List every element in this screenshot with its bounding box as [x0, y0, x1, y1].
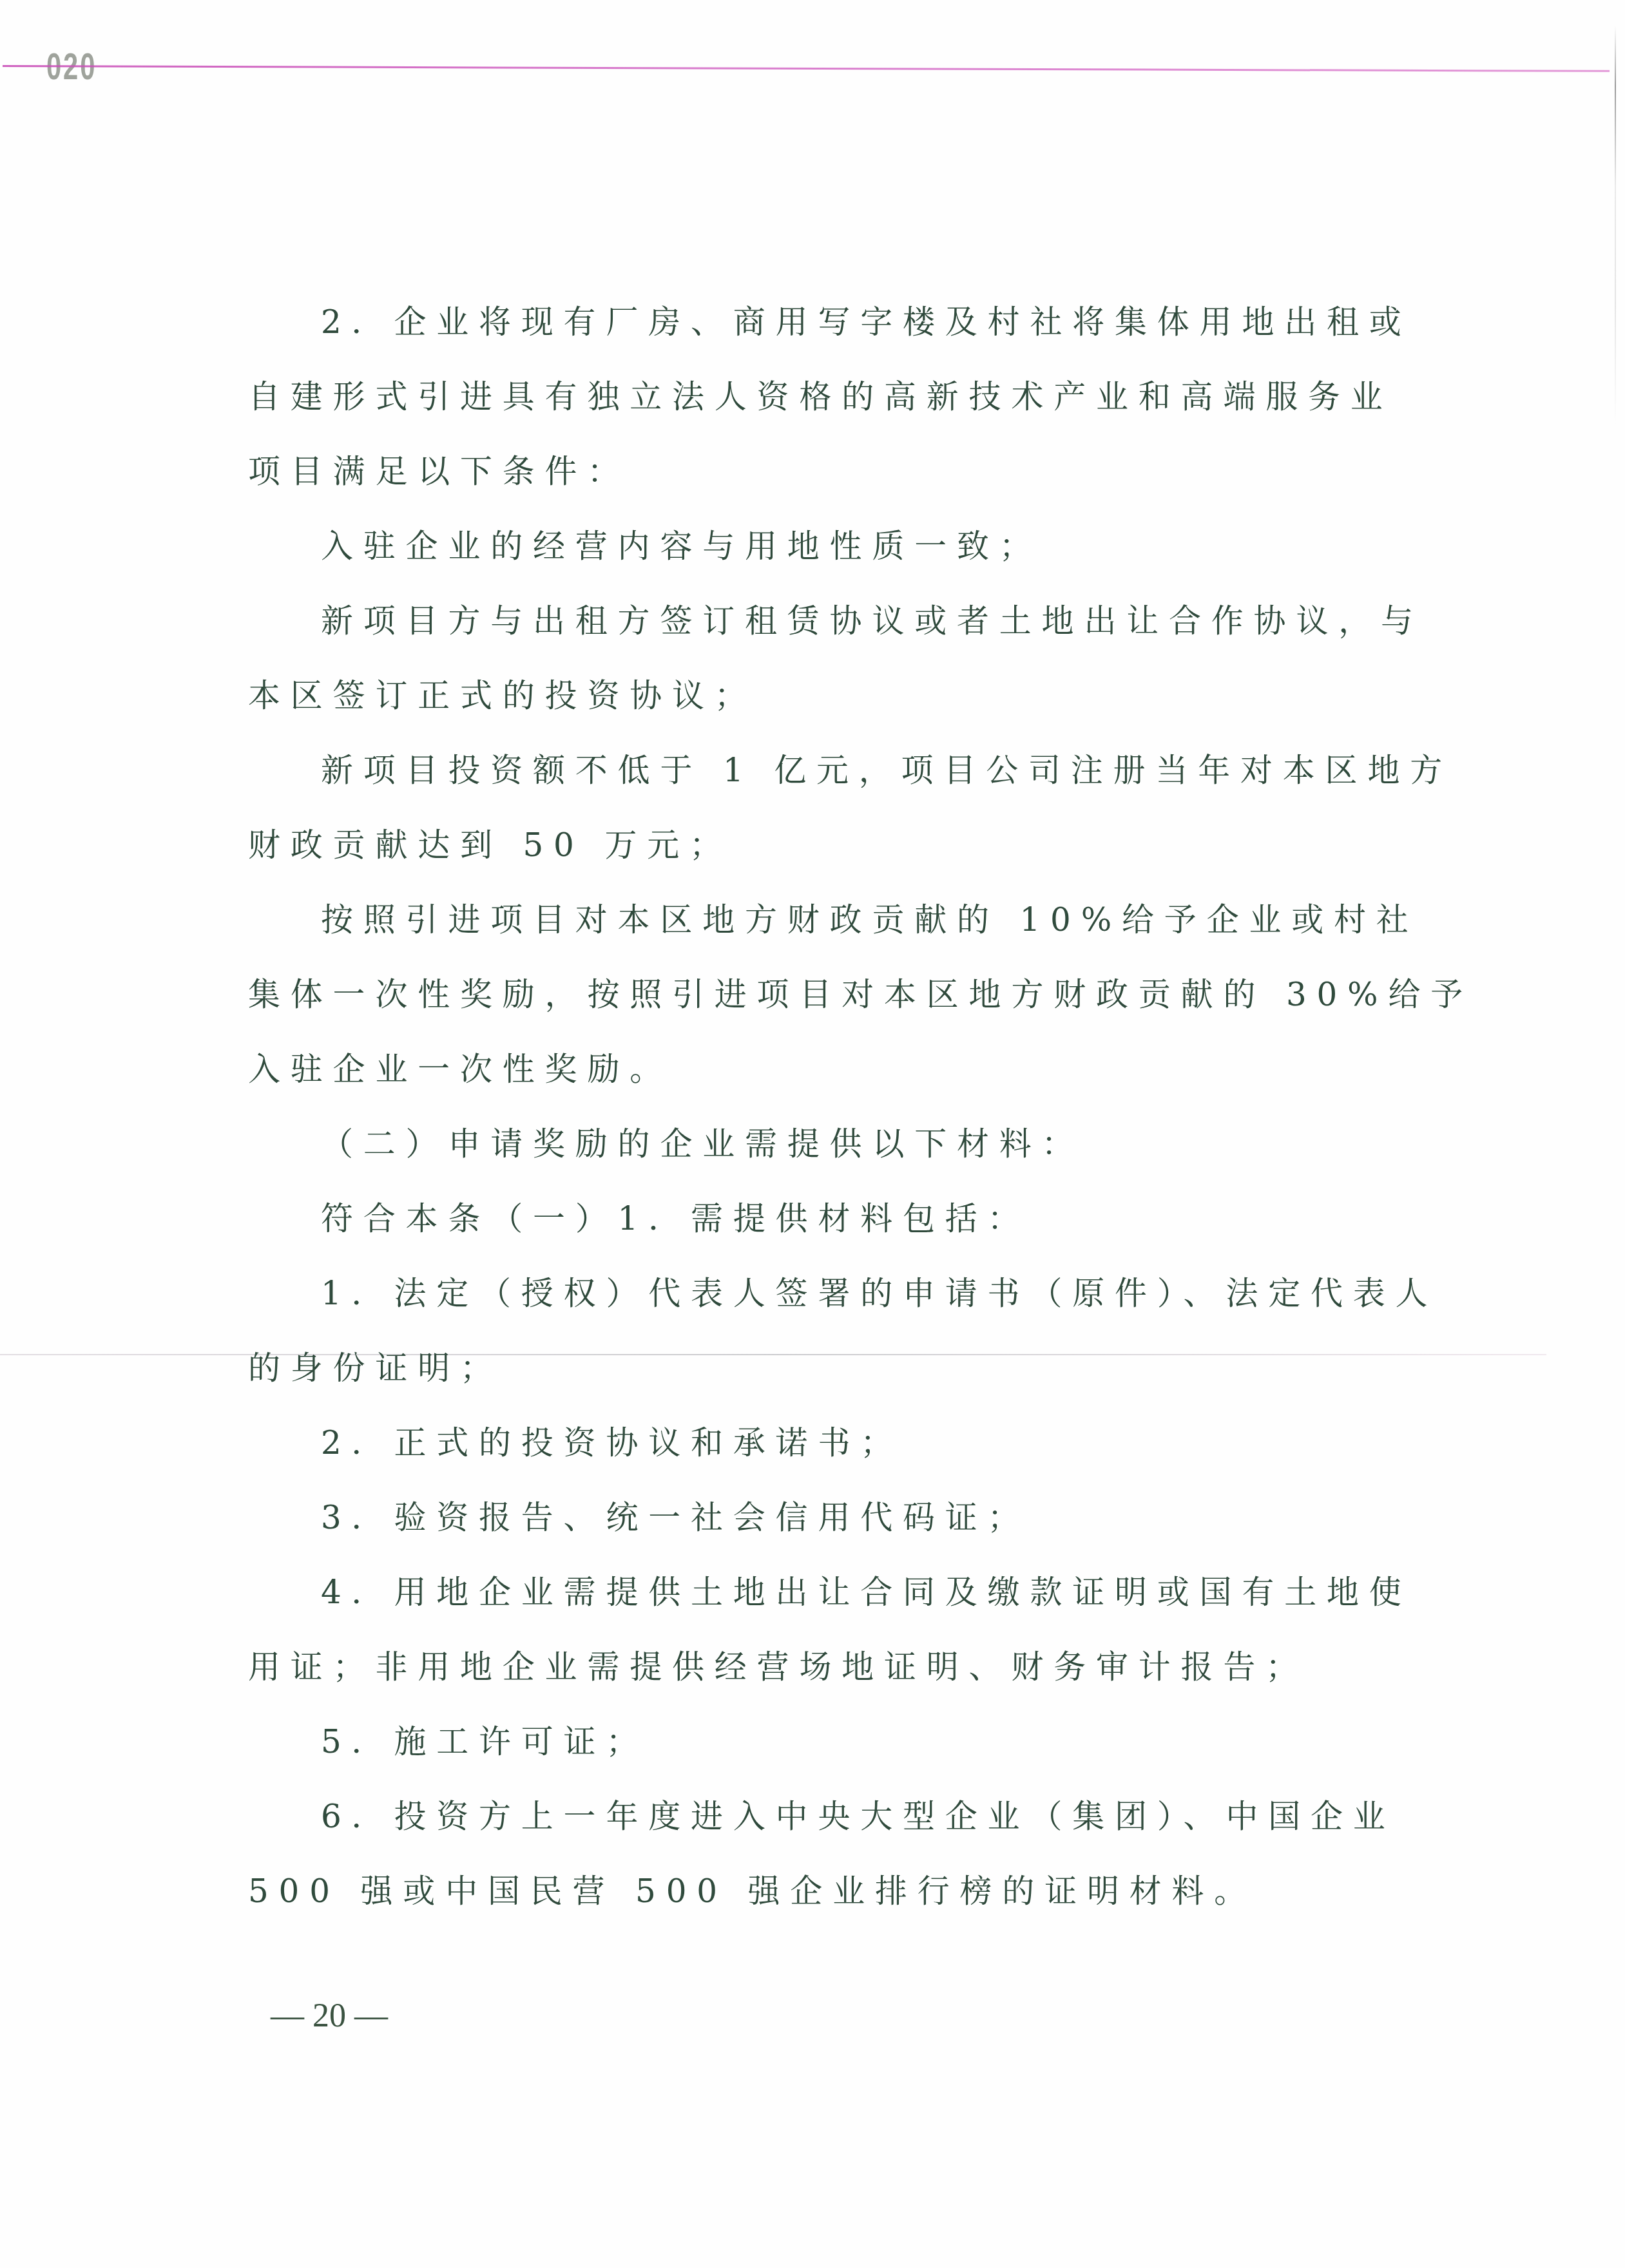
list-item: 2．正式的投资协议和承诺书； [248, 1414, 1447, 1489]
paragraph-line: 自建形式引进具有独立法人资格的高新技术产业和高端服务业 [248, 368, 1447, 443]
paragraph-line: 项目满足以下条件： [248, 443, 1447, 517]
section-heading: （二）申请奖励的企业需提供以下材料： [248, 1115, 1447, 1190]
list-item: 5．施工许可证； [248, 1713, 1447, 1787]
paragraph-line: 入驻企业的经营内容与用地性质一致； [248, 517, 1447, 592]
page-number: — 20 — [271, 1997, 388, 2035]
paragraph-line: 新项目方与出租方签订租赁协议或者土地出让合作协议，与 [248, 592, 1447, 667]
list-item: 6．投资方上一年度进入中央大型企业（集团）、中国企业 [248, 1787, 1447, 1862]
document-page: 020 2．企业将现有厂房、商用写字楼及村社将集体用地出租或 自建形式引进具有独… [0, 0, 1625, 2268]
paragraph-line: 新项目投资额不低于 1 亿元，项目公司注册当年对本区地方 [248, 741, 1447, 816]
paragraph-line: 符合本条（一）1．需提供材料包括： [248, 1190, 1447, 1264]
list-item-continuation: 的身份证明； [248, 1339, 1447, 1414]
list-item-continuation: 500 强或中国民营 500 强企业排行榜的证明材料。 [248, 1862, 1447, 1937]
body-text: 2．企业将现有厂房、商用写字楼及村社将集体用地出租或 自建形式引进具有独立法人资… [248, 293, 1447, 1937]
list-item-continuation: 用证；非用地企业需提供经营场地证明、财务审计报告； [248, 1638, 1447, 1713]
paragraph-line: 集体一次性奖励，按照引进项目对本区地方财政贡献的 30%给予 [248, 966, 1447, 1040]
list-item: 3．验资报告、统一社会信用代码证； [248, 1489, 1447, 1563]
paragraph-line: 2．企业将现有厂房、商用写字楼及村社将集体用地出租或 [248, 293, 1447, 368]
list-item: 4．用地企业需提供土地出让合同及缴款证明或国有土地使 [248, 1563, 1447, 1638]
list-item: 1．法定（授权）代表人签署的申请书（原件）、法定代表人 [248, 1264, 1447, 1339]
paragraph-line: 财政贡献达到 50 万元； [248, 816, 1447, 891]
paragraph-line: 本区签订正式的投资协议； [248, 667, 1447, 741]
scan-edge-mark [1615, 26, 1616, 425]
header-rule-line [3, 65, 1610, 72]
paragraph-line: 入驻企业一次性奖励。 [248, 1040, 1447, 1115]
paragraph-line: 按照引进项目对本区地方财政贡献的 10%给予企业或村社 [248, 891, 1447, 966]
